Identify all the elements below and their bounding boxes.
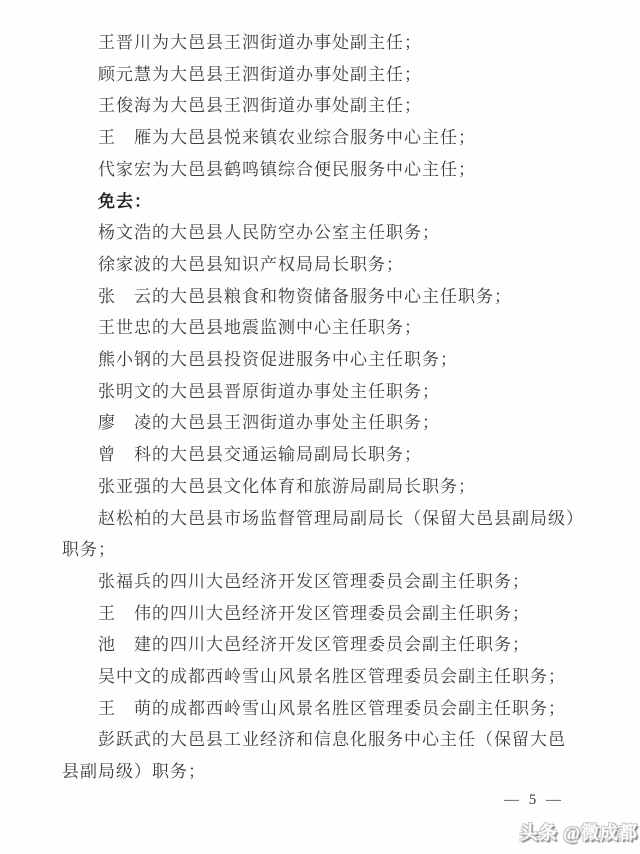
document-line: 赵松柏的大邑县市场监督管理局副局长（保留大邑县副局级） <box>62 503 579 535</box>
document-line: 王 萌的成都西岭雪山风景名胜区管理委员会副主任职务； <box>62 693 579 725</box>
document-line: 张 云的大邑县粮食和物资储备服务中心主任职务； <box>62 281 579 313</box>
document-line: 熊小钢的大邑县投资促进服务中心主任职务； <box>62 344 579 376</box>
document-line: 职务； <box>62 534 579 566</box>
document-line: 杨文浩的大邑县人民防空办公室主任职务； <box>62 217 579 249</box>
document-line: 王世忠的大邑县地震监测中心主任职务； <box>62 312 579 344</box>
document-line: 张福兵的四川大邑经济开发区管理委员会副主任职务； <box>62 566 579 598</box>
document-line: 王 伟的四川大邑经济开发区管理委员会副主任职务； <box>62 598 579 630</box>
section-heading: 免去： <box>62 186 579 218</box>
document-line: 顾元慧为大邑县王泗街道办事处副主任； <box>62 59 579 91</box>
document-line: 彭跃武的大邑县工业经济和信息化服务中心主任（保留大邑 <box>62 724 579 756</box>
document-line: 徐家波的大邑县知识产权局局长职务； <box>62 249 579 281</box>
document-lines: 王晋川为大邑县王泗街道办事处副主任；顾元慧为大邑县王泗街道办事处副主任；王俊海为… <box>62 27 579 788</box>
document-line: 池 建的四川大邑经济开发区管理委员会副主任职务； <box>62 629 579 661</box>
document-line: 王 雁为大邑县悦来镇农业综合服务中心主任； <box>62 122 579 154</box>
document-line: 代家宏为大邑县鹤鸣镇综合便民服务中心主任； <box>62 154 579 186</box>
watermark-toutiao: 头条 @微成都 <box>520 819 638 845</box>
document-line: 王晋川为大邑县王泗街道办事处副主任； <box>62 27 579 59</box>
document-line: 张亚强的大邑县文化体育和旅游局副局长职务； <box>62 471 579 503</box>
document-page: 王晋川为大邑县王泗街道办事处副主任；顾元慧为大邑县王泗街道办事处副主任；王俊海为… <box>0 0 640 854</box>
document-line: 吴中文的成都西岭雪山风景名胜区管理委员会副主任职务； <box>62 661 579 693</box>
document-line: 曾 科的大邑县交通运输局副局长职务； <box>62 439 579 471</box>
document-line: 县副局级）职务； <box>62 756 579 788</box>
document-line: 王俊海为大邑县王泗街道办事处副主任； <box>62 90 579 122</box>
document-line: 张明文的大邑县晋原街道办事处主任职务； <box>62 376 579 408</box>
document-line: 廖 凌的大邑县王泗街道办事处主任职务； <box>62 407 579 439</box>
page-number: — 5 — <box>504 792 564 809</box>
